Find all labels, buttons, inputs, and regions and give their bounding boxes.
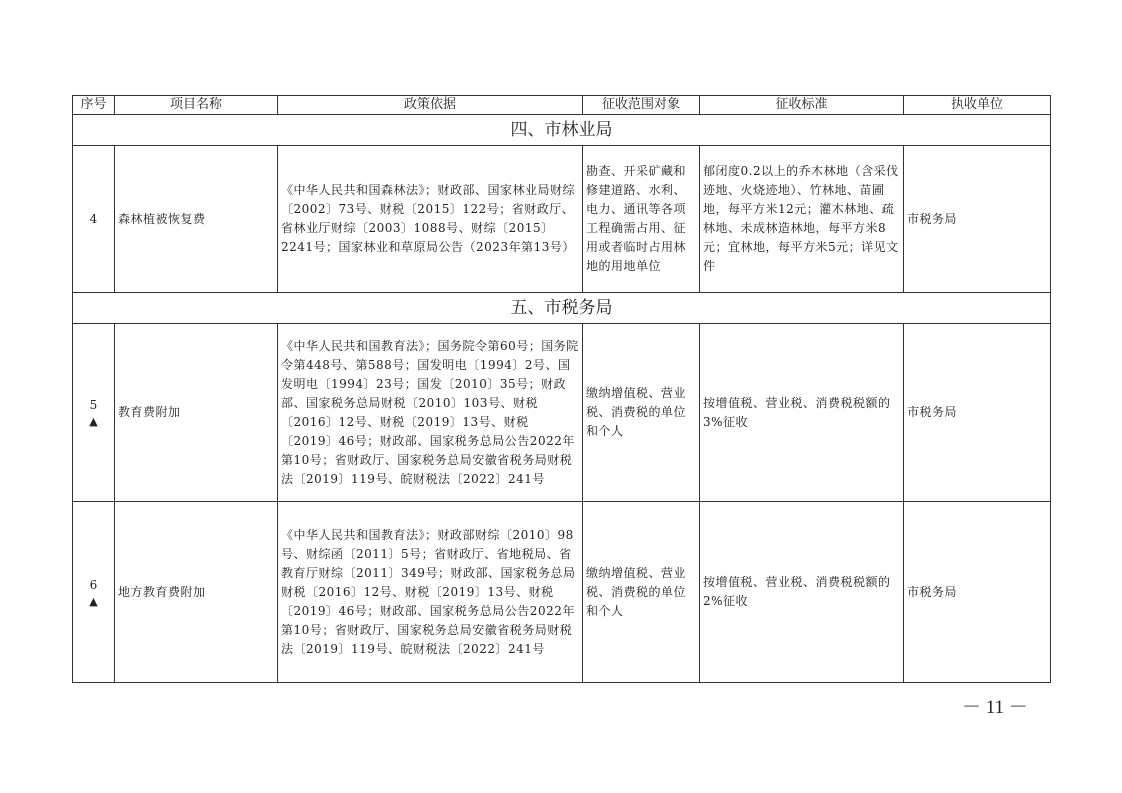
- section-title: 四、市林业局: [73, 115, 1051, 146]
- row-index: 5: [90, 398, 98, 412]
- table-header-row: 序号 项目名称 政策依据 征收范围对象 征收标准 执收单位: [73, 96, 1051, 115]
- header-index: 序号: [73, 96, 115, 115]
- page-number: － 11 －: [962, 692, 1028, 719]
- table-row: 6 ▲ 地方教育费附加 《中华人民共和国教育法》；财政部财综〔2010〕98号、…: [73, 502, 1051, 683]
- row-policy: 《中华人民共和国森林法》；财政部、国家林业局财综〔2002〕73号、财税〔201…: [278, 146, 583, 293]
- table-row: 4 森林植被恢复费 《中华人民共和国森林法》；财政部、国家林业局财综〔2002〕…: [73, 146, 1051, 293]
- row-name: 教育费附加: [115, 324, 278, 502]
- row-name: 地方教育费附加: [115, 502, 278, 683]
- row-unit: 市税务局: [904, 324, 1051, 502]
- row-index: 6: [90, 578, 98, 592]
- fee-table: 序号 项目名称 政策依据 征收范围对象 征收标准 执收单位 四、市林业局 4 森…: [72, 95, 1051, 683]
- header-standard: 征收标准: [700, 96, 904, 115]
- header-name: 项目名称: [115, 96, 278, 115]
- row-scope: 勘查、开采矿藏和修建道路、水利、电力、通讯等各项工程确需占用、征用或者临时占用林…: [583, 146, 700, 293]
- header-policy: 政策依据: [278, 96, 583, 115]
- section-row: 五、市税务局: [73, 293, 1051, 324]
- header-scope: 征收范围对象: [583, 96, 700, 115]
- row-policy: 《中华人民共和国教育法》；财政部财综〔2010〕98号、财综函〔2011〕5号；…: [278, 502, 583, 683]
- triangle-marker-icon: ▲: [76, 415, 111, 429]
- table-row: 5 ▲ 教育费附加 《中华人民共和国教育法》；国务院令第60号；国务院令第448…: [73, 324, 1051, 502]
- section-title: 五、市税务局: [73, 293, 1051, 324]
- triangle-marker-icon: ▲: [76, 595, 111, 609]
- row-policy: 《中华人民共和国教育法》；国务院令第60号；国务院令第448号、第588号；国发…: [278, 324, 583, 502]
- row-unit: 市税务局: [904, 502, 1051, 683]
- row-index-cell: 5 ▲: [73, 324, 115, 502]
- row-unit: 市税务局: [904, 146, 1051, 293]
- row-standard: 郁闭度0.2以上的乔木林地（含采伐迹地、火烧迹地）、竹林地、苗圃地，每平方米12…: [700, 146, 904, 293]
- header-unit: 执收单位: [904, 96, 1051, 115]
- row-index: 4: [73, 146, 115, 293]
- row-standard: 按增值税、营业税、消费税税额的2%征收: [700, 502, 904, 683]
- row-scope: 缴纳增值税、营业税、消费税的单位和个人: [583, 502, 700, 683]
- row-index-cell: 6 ▲: [73, 502, 115, 683]
- row-name: 森林植被恢复费: [115, 146, 278, 293]
- row-scope: 缴纳增值税、营业税、消费税的单位和个人: [583, 324, 700, 502]
- section-row: 四、市林业局: [73, 115, 1051, 146]
- row-standard: 按增值税、营业税、消费税税额的3%征收: [700, 324, 904, 502]
